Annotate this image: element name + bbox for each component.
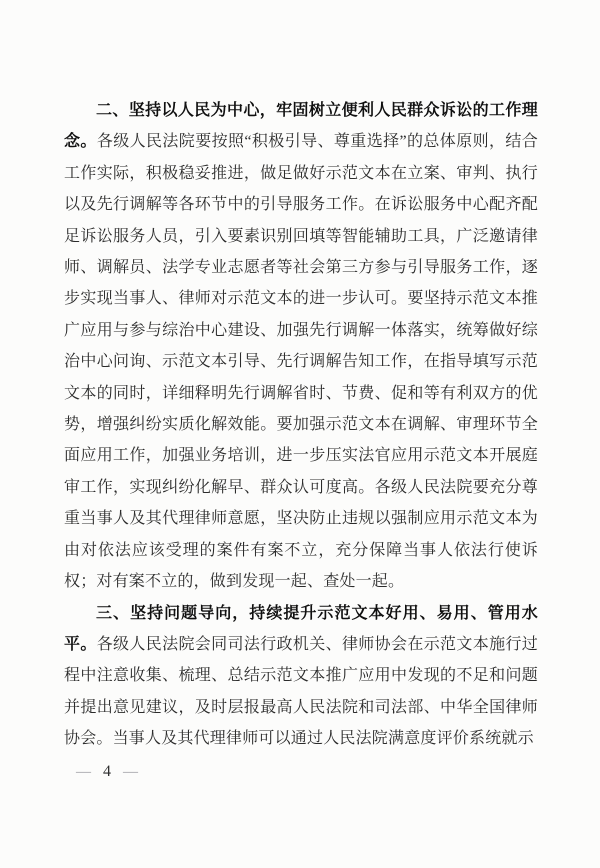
paragraph-section-3: 三、坚持问题导向，持续提升示范文本好用、易用、管用水平。各级人民法院会同司法行政…: [64, 598, 538, 755]
document-page: 二、坚持以人民为中心，牢固树立便利人民群众诉讼的工作理念。各级人民法院要按照“积…: [0, 0, 600, 868]
document-body: 二、坚持以人民为中心，牢固树立便利人民群众诉讼的工作理念。各级人民法院要按照“积…: [64, 95, 538, 755]
section-2-text: 各级人民法院要按照“积极引导、尊重选择”的总体原则，结合工作实际，积极稳妥推进，…: [64, 133, 538, 590]
page-number: 4: [103, 763, 111, 781]
footer-right-dash: —: [123, 764, 138, 781]
paragraph-section-2: 二、坚持以人民为中心，牢固树立便利人民群众诉讼的工作理念。各级人民法院要按照“积…: [64, 95, 538, 598]
page-footer: — 4 —: [76, 763, 138, 781]
section-3-text: 各级人民法院会同司法行政机关、律师协会在示范文本施行过程中注意收集、梳理、总结示…: [64, 636, 538, 747]
footer-left-dash: —: [76, 764, 91, 781]
